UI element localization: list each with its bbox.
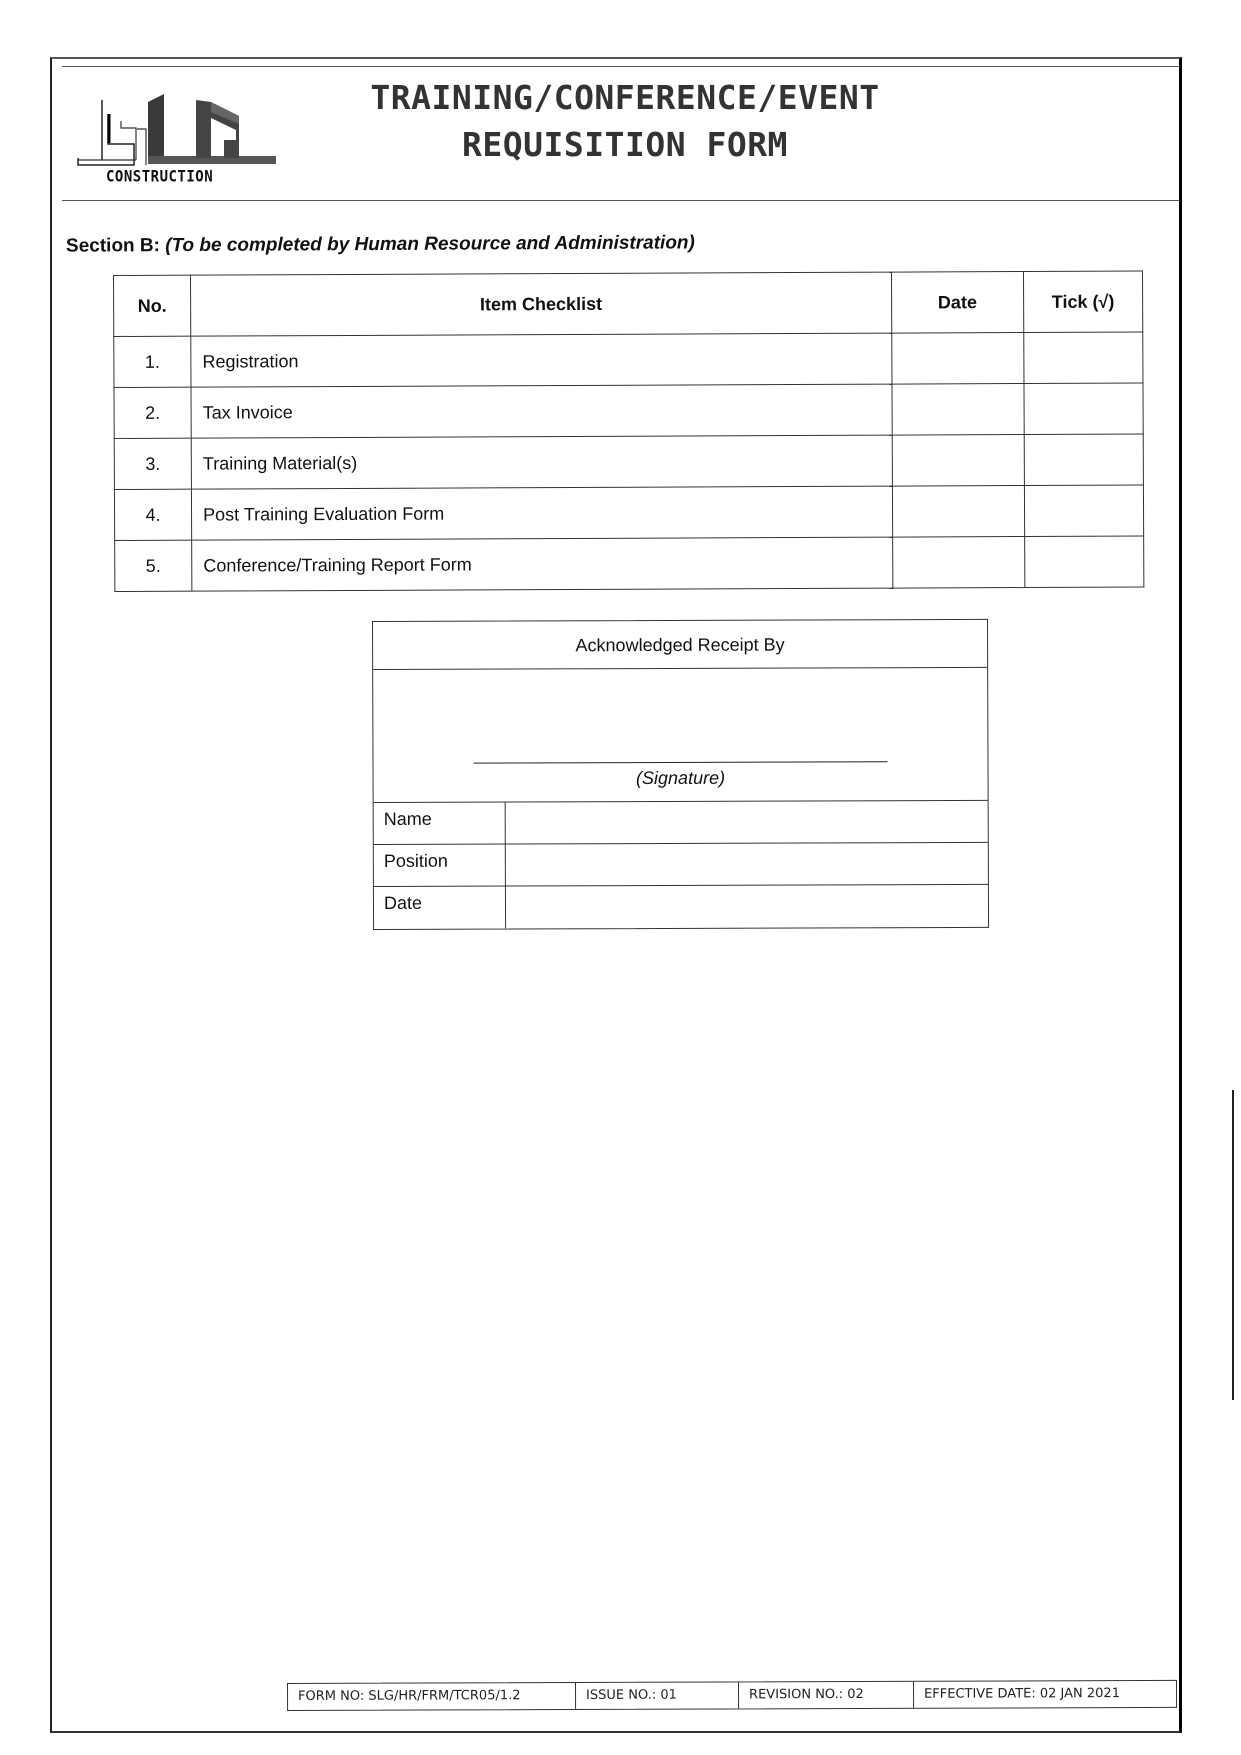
issue-number: ISSUE NO.: 01: [576, 1682, 739, 1709]
row-date-field[interactable]: [892, 486, 1024, 538]
row-number: 2.: [114, 387, 191, 438]
section-heading: Section B:: [66, 235, 160, 256]
header-rule-top: [62, 66, 1179, 67]
table-header-row: No. Item Checklist Date Tick (√): [114, 271, 1143, 336]
company-logo: CONSTRUCTION: [76, 88, 276, 190]
form-footer: FORM NO: SLG/HR/FRM/TCR05/1.2 ISSUE NO.:…: [287, 1680, 1177, 1711]
table-row: 1. Registration: [114, 332, 1143, 387]
row-item: Conference/Training Report Form: [192, 537, 893, 591]
document-page: CONSTRUCTION TRAINING/CONFERENCE/EVENT R…: [0, 0, 1241, 1755]
name-label: Name: [374, 803, 506, 844]
form-title-line-1: TRAINING/CONFERENCE/EVENT: [300, 74, 950, 121]
form-title: TRAINING/CONFERENCE/EVENT REQUISITION FO…: [300, 74, 950, 168]
row-date-field[interactable]: [891, 333, 1023, 385]
table-row: 3. Training Material(s): [114, 434, 1143, 489]
row-tick-field[interactable]: [1025, 536, 1144, 588]
header-item-checklist: Item Checklist: [191, 272, 892, 336]
header-date: Date: [891, 272, 1023, 334]
header-tick: Tick (√): [1023, 271, 1142, 333]
row-item: Registration: [191, 333, 892, 387]
form-title-line-2: REQUISITION FORM: [300, 121, 950, 168]
ack-position-row: Position: [374, 843, 988, 887]
name-field[interactable]: [506, 801, 988, 844]
row-tick-field[interactable]: [1024, 332, 1143, 384]
row-date-field[interactable]: [892, 537, 1024, 589]
revision-number: REVISION NO.: 02: [739, 1682, 914, 1709]
row-number: 4.: [114, 489, 191, 540]
effective-date: EFFECTIVE DATE: 02 JAN 2021: [914, 1681, 1176, 1708]
acknowledged-receipt-title: Acknowledged Receipt By: [373, 620, 987, 670]
row-number: 1.: [114, 336, 191, 387]
table-row: 2. Tax Invoice: [114, 383, 1143, 438]
row-date-field[interactable]: [892, 384, 1024, 436]
form-number: FORM NO: SLG/HR/FRM/TCR05/1.2: [288, 1683, 576, 1710]
header-rule-bottom: [62, 200, 1179, 201]
row-number: 5.: [115, 540, 192, 591]
signature-line: [473, 761, 887, 763]
row-number: 3.: [114, 438, 191, 489]
scan-artifact-line: [1232, 1090, 1234, 1400]
date-label: Date: [374, 887, 506, 929]
table-row: 5. Conference/Training Report Form: [115, 536, 1144, 591]
ack-name-row: Name: [374, 801, 988, 845]
item-checklist-table: No. Item Checklist Date Tick (√) 1. Regi…: [113, 271, 1144, 592]
section-note: (To be completed by Human Resource and A…: [165, 232, 695, 256]
position-label: Position: [374, 845, 506, 886]
row-tick-field[interactable]: [1024, 383, 1143, 435]
header-no: No.: [114, 275, 191, 336]
section-label: Section B: (To be completed by Human Res…: [66, 232, 695, 257]
date-field[interactable]: [506, 885, 988, 929]
signature-label: (Signature): [374, 767, 988, 790]
logo-text: CONSTRUCTION: [106, 168, 213, 186]
row-item: Training Material(s): [191, 435, 892, 489]
acknowledged-receipt-box: Acknowledged Receipt By (Signature) Name…: [372, 619, 989, 930]
table-row: 4. Post Training Evaluation Form: [114, 485, 1143, 540]
ack-date-row: Date: [374, 885, 988, 929]
row-item: Post Training Evaluation Form: [191, 486, 892, 540]
row-date-field[interactable]: [892, 435, 1024, 487]
position-field[interactable]: [506, 843, 988, 886]
row-item: Tax Invoice: [191, 384, 892, 438]
row-tick-field[interactable]: [1024, 434, 1143, 486]
row-tick-field[interactable]: [1024, 485, 1143, 537]
signature-area[interactable]: (Signature): [373, 668, 987, 803]
